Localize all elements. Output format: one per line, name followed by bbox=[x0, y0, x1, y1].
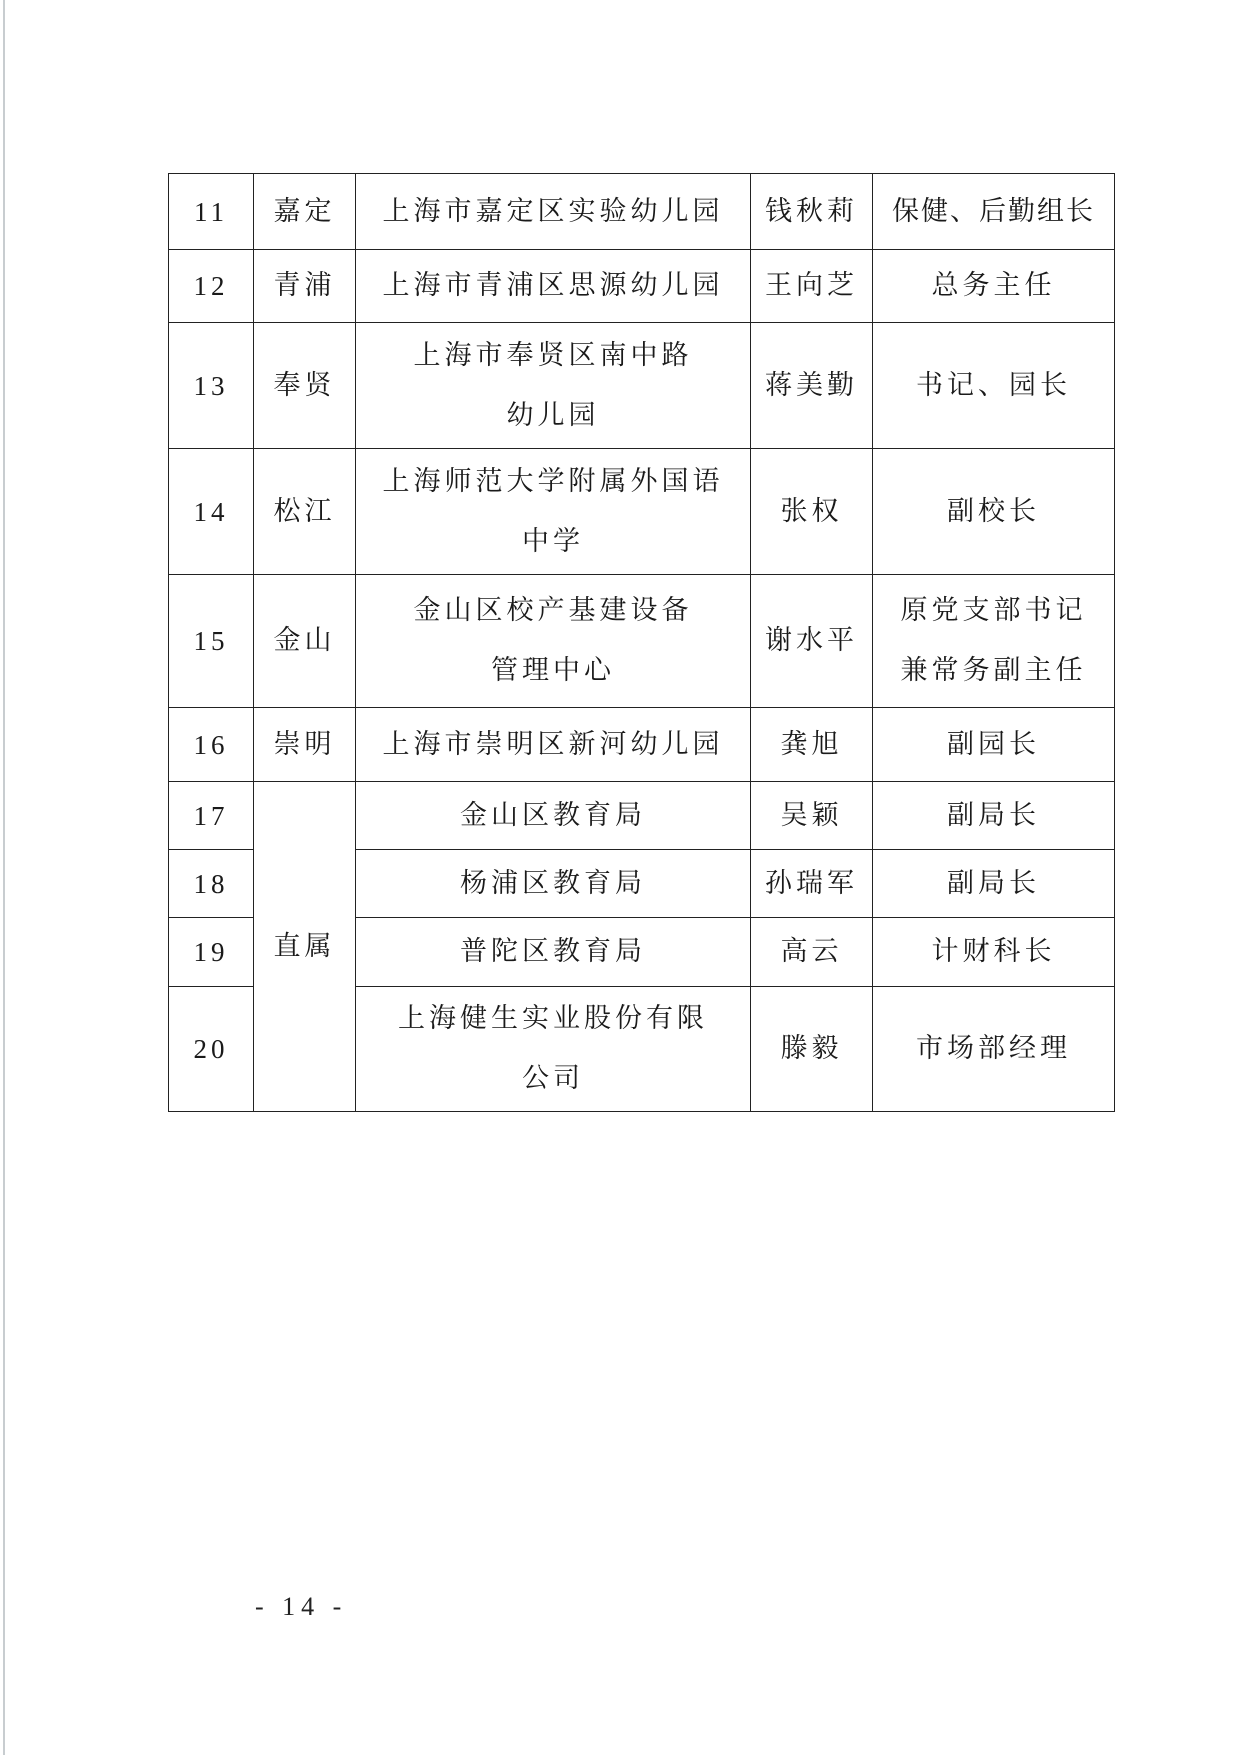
unit-line: 管理中心 bbox=[360, 641, 746, 701]
title-cell: 副局长 bbox=[873, 782, 1115, 850]
district-cell: 嘉定 bbox=[254, 174, 356, 250]
name-cell: 龚旭 bbox=[751, 708, 873, 782]
district-cell: 崇明 bbox=[254, 708, 356, 782]
row-number: 18 bbox=[169, 850, 254, 918]
district-cell: 奉贤 bbox=[254, 323, 356, 449]
unit-cell: 上海市奉贤区南中路幼儿园 bbox=[356, 323, 751, 449]
table-row: 13 奉贤 上海市奉贤区南中路幼儿园 蒋美勤 书记、园长 bbox=[169, 323, 1115, 449]
row-number: 16 bbox=[169, 708, 254, 782]
unit-line: 上海师范大学附属外国语 bbox=[360, 452, 746, 512]
unit-line: 幼儿园 bbox=[360, 386, 746, 446]
title-cell: 书记、园长 bbox=[873, 323, 1115, 449]
district-cell: 直属 bbox=[254, 782, 356, 1112]
row-number: 17 bbox=[169, 782, 254, 850]
name-cell: 王向芝 bbox=[751, 250, 873, 323]
unit-cell: 上海健生实业股份有限公司 bbox=[356, 987, 751, 1112]
title-cell: 副局长 bbox=[873, 850, 1115, 918]
personnel-table: 11 嘉定 上海市嘉定区实验幼儿园 钱秋莉 保健、后勤组长 12 青浦 上海市青… bbox=[168, 173, 1115, 1112]
name-cell: 高云 bbox=[751, 918, 873, 987]
name-cell: 钱秋莉 bbox=[751, 174, 873, 250]
name-cell: 孙瑞军 bbox=[751, 850, 873, 918]
unit-line: 金山区校产基建设备 bbox=[360, 581, 746, 641]
unit-cell: 上海市青浦区思源幼儿园 bbox=[356, 250, 751, 323]
district-cell: 金山 bbox=[254, 575, 356, 708]
title-cell: 计财科长 bbox=[873, 918, 1115, 987]
unit-cell: 上海市崇明区新河幼儿园 bbox=[356, 708, 751, 782]
title-line: 原党支部书记 bbox=[877, 581, 1110, 641]
row-number: 12 bbox=[169, 250, 254, 323]
name-cell: 谢水平 bbox=[751, 575, 873, 708]
title-cell: 保健、后勤组长 bbox=[873, 174, 1115, 250]
row-number: 11 bbox=[169, 174, 254, 250]
table-row: 12 青浦 上海市青浦区思源幼儿园 王向芝 总务主任 bbox=[169, 250, 1115, 323]
name-cell: 吴颖 bbox=[751, 782, 873, 850]
unit-cell: 上海师范大学附属外国语中学 bbox=[356, 449, 751, 575]
table-row: 14 松江 上海师范大学附属外国语中学 张权 副校长 bbox=[169, 449, 1115, 575]
unit-line: 上海市奉贤区南中路 bbox=[360, 326, 746, 386]
table-row: 11 嘉定 上海市嘉定区实验幼儿园 钱秋莉 保健、后勤组长 bbox=[169, 174, 1115, 250]
scan-edge bbox=[3, 0, 5, 1755]
unit-line: 中学 bbox=[360, 512, 746, 572]
unit-cell: 普陀区教育局 bbox=[356, 918, 751, 987]
table-row: 16 崇明 上海市崇明区新河幼儿园 龚旭 副园长 bbox=[169, 708, 1115, 782]
unit-cell: 金山区校产基建设备管理中心 bbox=[356, 575, 751, 708]
title-cell: 副园长 bbox=[873, 708, 1115, 782]
unit-cell: 杨浦区教育局 bbox=[356, 850, 751, 918]
unit-line: 上海健生实业股份有限 bbox=[360, 989, 746, 1049]
district-cell: 青浦 bbox=[254, 250, 356, 323]
table-row: 15 金山 金山区校产基建设备管理中心 谢水平 原党支部书记兼常务副主任 bbox=[169, 575, 1115, 708]
row-number: 13 bbox=[169, 323, 254, 449]
table-row: 17 直属 金山区教育局 吴颖 副局长 bbox=[169, 782, 1115, 850]
row-number: 14 bbox=[169, 449, 254, 575]
title-cell: 副校长 bbox=[873, 449, 1115, 575]
name-cell: 滕毅 bbox=[751, 987, 873, 1112]
page-number: - 14 - bbox=[255, 1592, 347, 1622]
name-cell: 张权 bbox=[751, 449, 873, 575]
row-number: 19 bbox=[169, 918, 254, 987]
unit-line: 公司 bbox=[360, 1049, 746, 1109]
title-cell: 市场部经理 bbox=[873, 987, 1115, 1112]
title-cell: 原党支部书记兼常务副主任 bbox=[873, 575, 1115, 708]
unit-cell: 上海市嘉定区实验幼儿园 bbox=[356, 174, 751, 250]
district-cell: 松江 bbox=[254, 449, 356, 575]
row-number: 15 bbox=[169, 575, 254, 708]
title-line: 兼常务副主任 bbox=[877, 641, 1110, 701]
row-number: 20 bbox=[169, 987, 254, 1112]
unit-cell: 金山区教育局 bbox=[356, 782, 751, 850]
title-cell: 总务主任 bbox=[873, 250, 1115, 323]
name-cell: 蒋美勤 bbox=[751, 323, 873, 449]
